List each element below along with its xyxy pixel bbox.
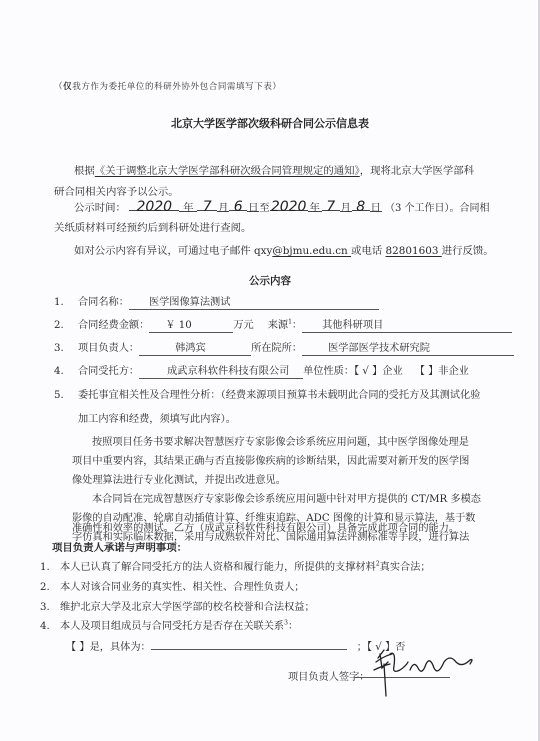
source-colon: ： [292,320,302,331]
item-contractor: 4.合同受托方：成武京科软件科技有限公司单位性质：【 √ 】企业【 】非企业 [54,362,469,379]
pledge-item: 1.本人已认真了解合同受托方的法人资格和履行能力，所提供的支撑材料2真实合法； [40,558,431,573]
dept-value: 医学部医学技术研究院 [328,343,430,354]
year-char: 年 [309,202,319,214]
nature-label: 单位性质： [303,366,354,377]
separator: ； [357,642,367,653]
analysis-line: 像处理算法进行专业化测试，并提出改进意见。 [72,471,286,486]
start-month-field: 7 [197,198,217,211]
pledge-number: 3. [40,602,60,613]
feedback-suffix: 进行反馈。 [442,245,494,257]
period-tail: （3 个工作日）。合同相 [385,203,490,214]
day-char: 日 [248,202,258,214]
phone-link[interactable]: 82801603 [386,245,442,257]
pledge-text: 本人对该合同业务的真实性、相关性、合理性负责人； [60,582,305,593]
pledge-text: 维护北京大学及北京大学医学部的校名校誉和合法权益； [60,602,315,613]
start-day-value: 6 [234,199,243,215]
contract-name-field: 医学图像算法测试 [129,297,379,310]
contractor-value: 成武京科软件科技有限公司 [167,366,289,377]
item-label: 项目负责人： [78,343,139,354]
item-contract-name: 1.合同名称：医学图像算法测试 [54,293,379,310]
year-char: 年 [183,202,193,214]
end-day-value: 8 [356,199,365,215]
analysis-line: 本合同旨在完成智慧医疗专家影像会诊系统应用问题中针对甲方提供的 CT/MR 多模… [92,490,481,505]
item-label: 合同经费金额： [78,320,149,331]
item-number: 4. [54,366,78,377]
pledge-title: 项目负责人承诺与声明事项： [52,539,187,554]
month-char-2: 月 [340,199,352,212]
item-label: 合同受托方： [78,366,139,377]
end-year-value: 2020 [271,199,307,215]
note-paren: （ [54,82,63,92]
end-year-field: 2020 [270,198,308,211]
contractor-field: 成武京科软件科技有限公司 [139,366,303,379]
pledge-number: 2. [40,582,60,593]
year-char-2: 年 [308,199,322,212]
document-title: 北京大学医学部次级科研合同公示信息表 [0,115,540,131]
to-char: 至 [259,202,269,214]
pledge-text: 本人已认真了解合同受托方的法人资格和履行能力，所提供的支撑材料 [60,562,376,573]
leader-value: 韩鸿宾 [175,343,206,354]
relation-detail-field[interactable] [151,637,347,650]
dept-label: 所在院所： [251,343,302,354]
start-year-value: 2020 [136,199,172,215]
feedback-middle: 或电话 [351,245,385,257]
note-bold: 仅 [63,82,72,92]
intro-suffix: ，现将北京大学医学部科 [360,165,474,177]
period-line-2: 关纸质材料可经预约后到科研处进行查阅。 [54,219,251,234]
pledge-text: 本人及项目组成员与合同受托方是否存在关联关系 [60,621,284,632]
source-value: 其他科研项目 [322,320,383,331]
email-link[interactable]: @bjmu.edu.cn [272,245,351,257]
amount-unit: 万元 [233,320,253,331]
pledge-tail: 真实合法； [380,562,431,573]
non-enterprise-checkbox[interactable]: 【 】非企业 [415,366,469,377]
item-analysis: 5.委托事宜相关性及合理性分析：（经费来源项目预算书未载明此合同的受托方及其测试… [54,386,480,401]
item-number: 2. [54,320,78,331]
start-day-field: 6 [229,198,247,211]
intro-line-2: 研合同相关内容予以公示。 [54,183,179,198]
enterprise-checkbox[interactable]: 【 √ 】企业 [354,366,403,377]
intro-prefix: 根据 [74,165,95,177]
end-day-field: 8 [352,198,370,211]
year-char-1: 年 [179,199,197,212]
notice-link[interactable]: 《关于调整北京大学医学部科研次级合同管理规定的通知》 [95,165,360,177]
contract-name-value: 医学图像算法测试 [149,297,231,308]
item-project-leader: 3.项目负责人：韩鸿宾所在院所：医学部医学技术研究院 [54,339,514,356]
feedback-line: 如对公示内容有异议，可通过电子邮件 qxy@bjmu.edu.cn 或电话 82… [74,242,494,257]
item-number: 5. [54,390,78,401]
relation-yes-checkbox[interactable]: 【 】是，具体为： [66,642,151,653]
note-text: 我方作为委托单位的科研外协外包合同需填写下表） [72,82,281,92]
day-char-1: 日 [247,199,259,212]
end-month-value: 7 [326,199,335,215]
signature-label: 项目负责人签字： [288,668,370,683]
form-note: （仅我方作为委托单位的科研外协外包合同需填写下表） [54,80,282,92]
analysis-line: 按照项目任务书要求解决智慧医疗专家影像会诊系统应用问题，其中医学图像处理是 [92,433,469,448]
intro-line-1: 根据《关于调整北京大学医学部科研次级合同管理规定的通知》，现将北京大学医学部科 [74,162,474,177]
amount-field: ￥ 10 [149,320,233,333]
leader-field: 韩鸿宾 [139,343,251,356]
analysis-line: 项目中重要内容，其结果正确与否直接影像疾病的诊断结果，因此需要对新开发的医学图 [72,452,469,467]
start-month-value: 7 [203,199,212,215]
source-label: 来源 [268,320,288,331]
pledge-tail: ： [288,621,298,632]
start-year-field: 2020 [129,198,179,211]
period-label: 公示时间： [74,202,126,214]
pledge-number: 1. [40,562,60,573]
month-char-1: 月 [217,199,229,212]
end-month-field: 7 [322,198,340,211]
item-label: 合同名称： [78,297,129,308]
feedback-prefix: 如对公示内容有异议，可通过电子邮件 qxy [74,245,272,257]
pledge-item: 3.维护北京大学及北京大学医学部的校名校誉和合法权益； [40,598,315,613]
item-number: 1. [54,297,78,308]
month-char: 月 [340,202,350,214]
month-char: 月 [218,202,228,214]
analysis-line: 准确性和效率的测试。乙方（成武京科软件科技有限公司）具备完成此项合同的能力。 [72,519,459,534]
day-char: 日 [370,202,380,214]
relation-options: 【 】是，具体为：；【 √ 】否 [66,637,405,653]
signature-icon [370,640,480,700]
pledge-item: 4.本人及项目组成员与合同受托方是否存在关联关系3： [40,617,298,632]
source-field: 其他科研项目 [302,320,512,333]
item-analysis-line-2: 加工内容和经费，须填写此内容）。 [78,410,236,425]
day-char-2: 日 [370,199,382,212]
item-contract-amount: 2.合同经费金额：￥ 10万元来源1：其他科研项目 [54,316,512,333]
pledge-item: 2.本人对该合同业务的真实性、相关性、合理性负责人； [40,578,305,593]
dept-field: 医学部医学技术研究院 [302,343,514,356]
section-title: 公示内容 [0,273,540,288]
pledge-number: 4. [40,621,60,632]
item-label: 委托事宜相关性及合理性分析：（经费来源项目预算书未载明此合同的受托方及其测试化验 [78,390,480,401]
amount-value: ￥ 10 [165,320,191,331]
publicity-period: 公示时间： 2020年7月6日至2020年7月8日 （3 个工作日）。合同相 [74,198,490,218]
item-number: 3. [54,343,78,354]
